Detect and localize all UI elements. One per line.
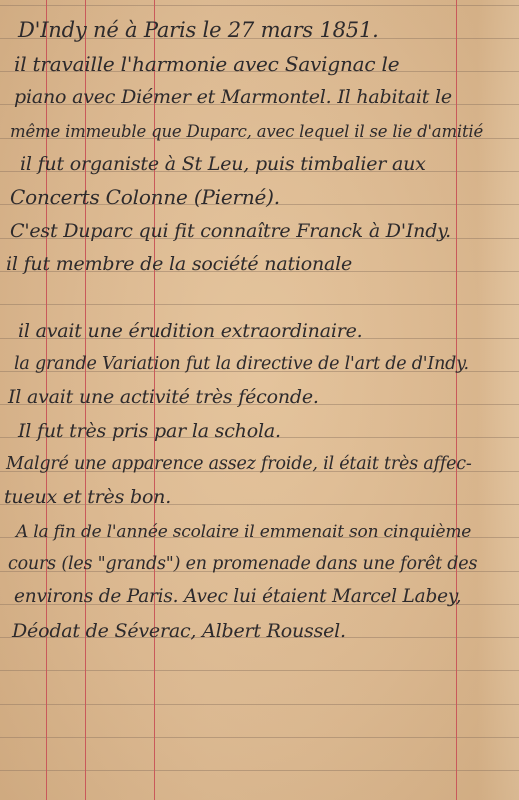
ruled-line [0, 704, 519, 705]
text-line: tueux et très bon. [4, 488, 171, 507]
margin-line [456, 0, 457, 800]
notebook-page: D'Indy né à Paris le 27 mars 1851. il tr… [0, 0, 519, 800]
text-line: la grande Variation fut la directive de … [14, 356, 469, 374]
text-line: il fut organiste à St Leu, puis timbalie… [20, 155, 426, 174]
ruled-line [0, 770, 519, 771]
text-line: Il avait une activité très féconde. [8, 388, 319, 407]
ruled-line [0, 737, 519, 738]
text-line: il fut membre de la société nationale [6, 255, 352, 274]
ruled-line [0, 5, 519, 6]
text-line: il avait une érudition extraordinaire. [18, 322, 363, 341]
text-line: Déodat de Séverac, Albert Roussel. [12, 622, 346, 641]
text-line: C'est Duparc qui fit connaître Franck à … [10, 222, 451, 241]
ruled-line [0, 304, 519, 305]
text-line: Concerts Colonne (Pierné). [10, 187, 280, 207]
text-line: piano avec Diémer et Marmontel. Il habit… [14, 88, 452, 107]
ruled-line [0, 670, 519, 671]
text-line: A la fin de l'année scolaire il emmenait… [16, 524, 471, 541]
text-line: cours (les "grands") en promenade dans u… [8, 556, 477, 574]
text-line: environs de Paris. Avec lui étaient Marc… [14, 588, 461, 607]
text-line: Malgré une apparence assez froide, il ét… [6, 456, 472, 474]
text-line: il travaille l'harmonie avec Savignac le [14, 54, 399, 74]
text-line: D'Indy né à Paris le 27 mars 1851. [18, 20, 379, 41]
text-line: même immeuble que Duparc, avec lequel il… [10, 124, 483, 141]
text-line: Il fut très pris par la schola. [18, 422, 281, 441]
